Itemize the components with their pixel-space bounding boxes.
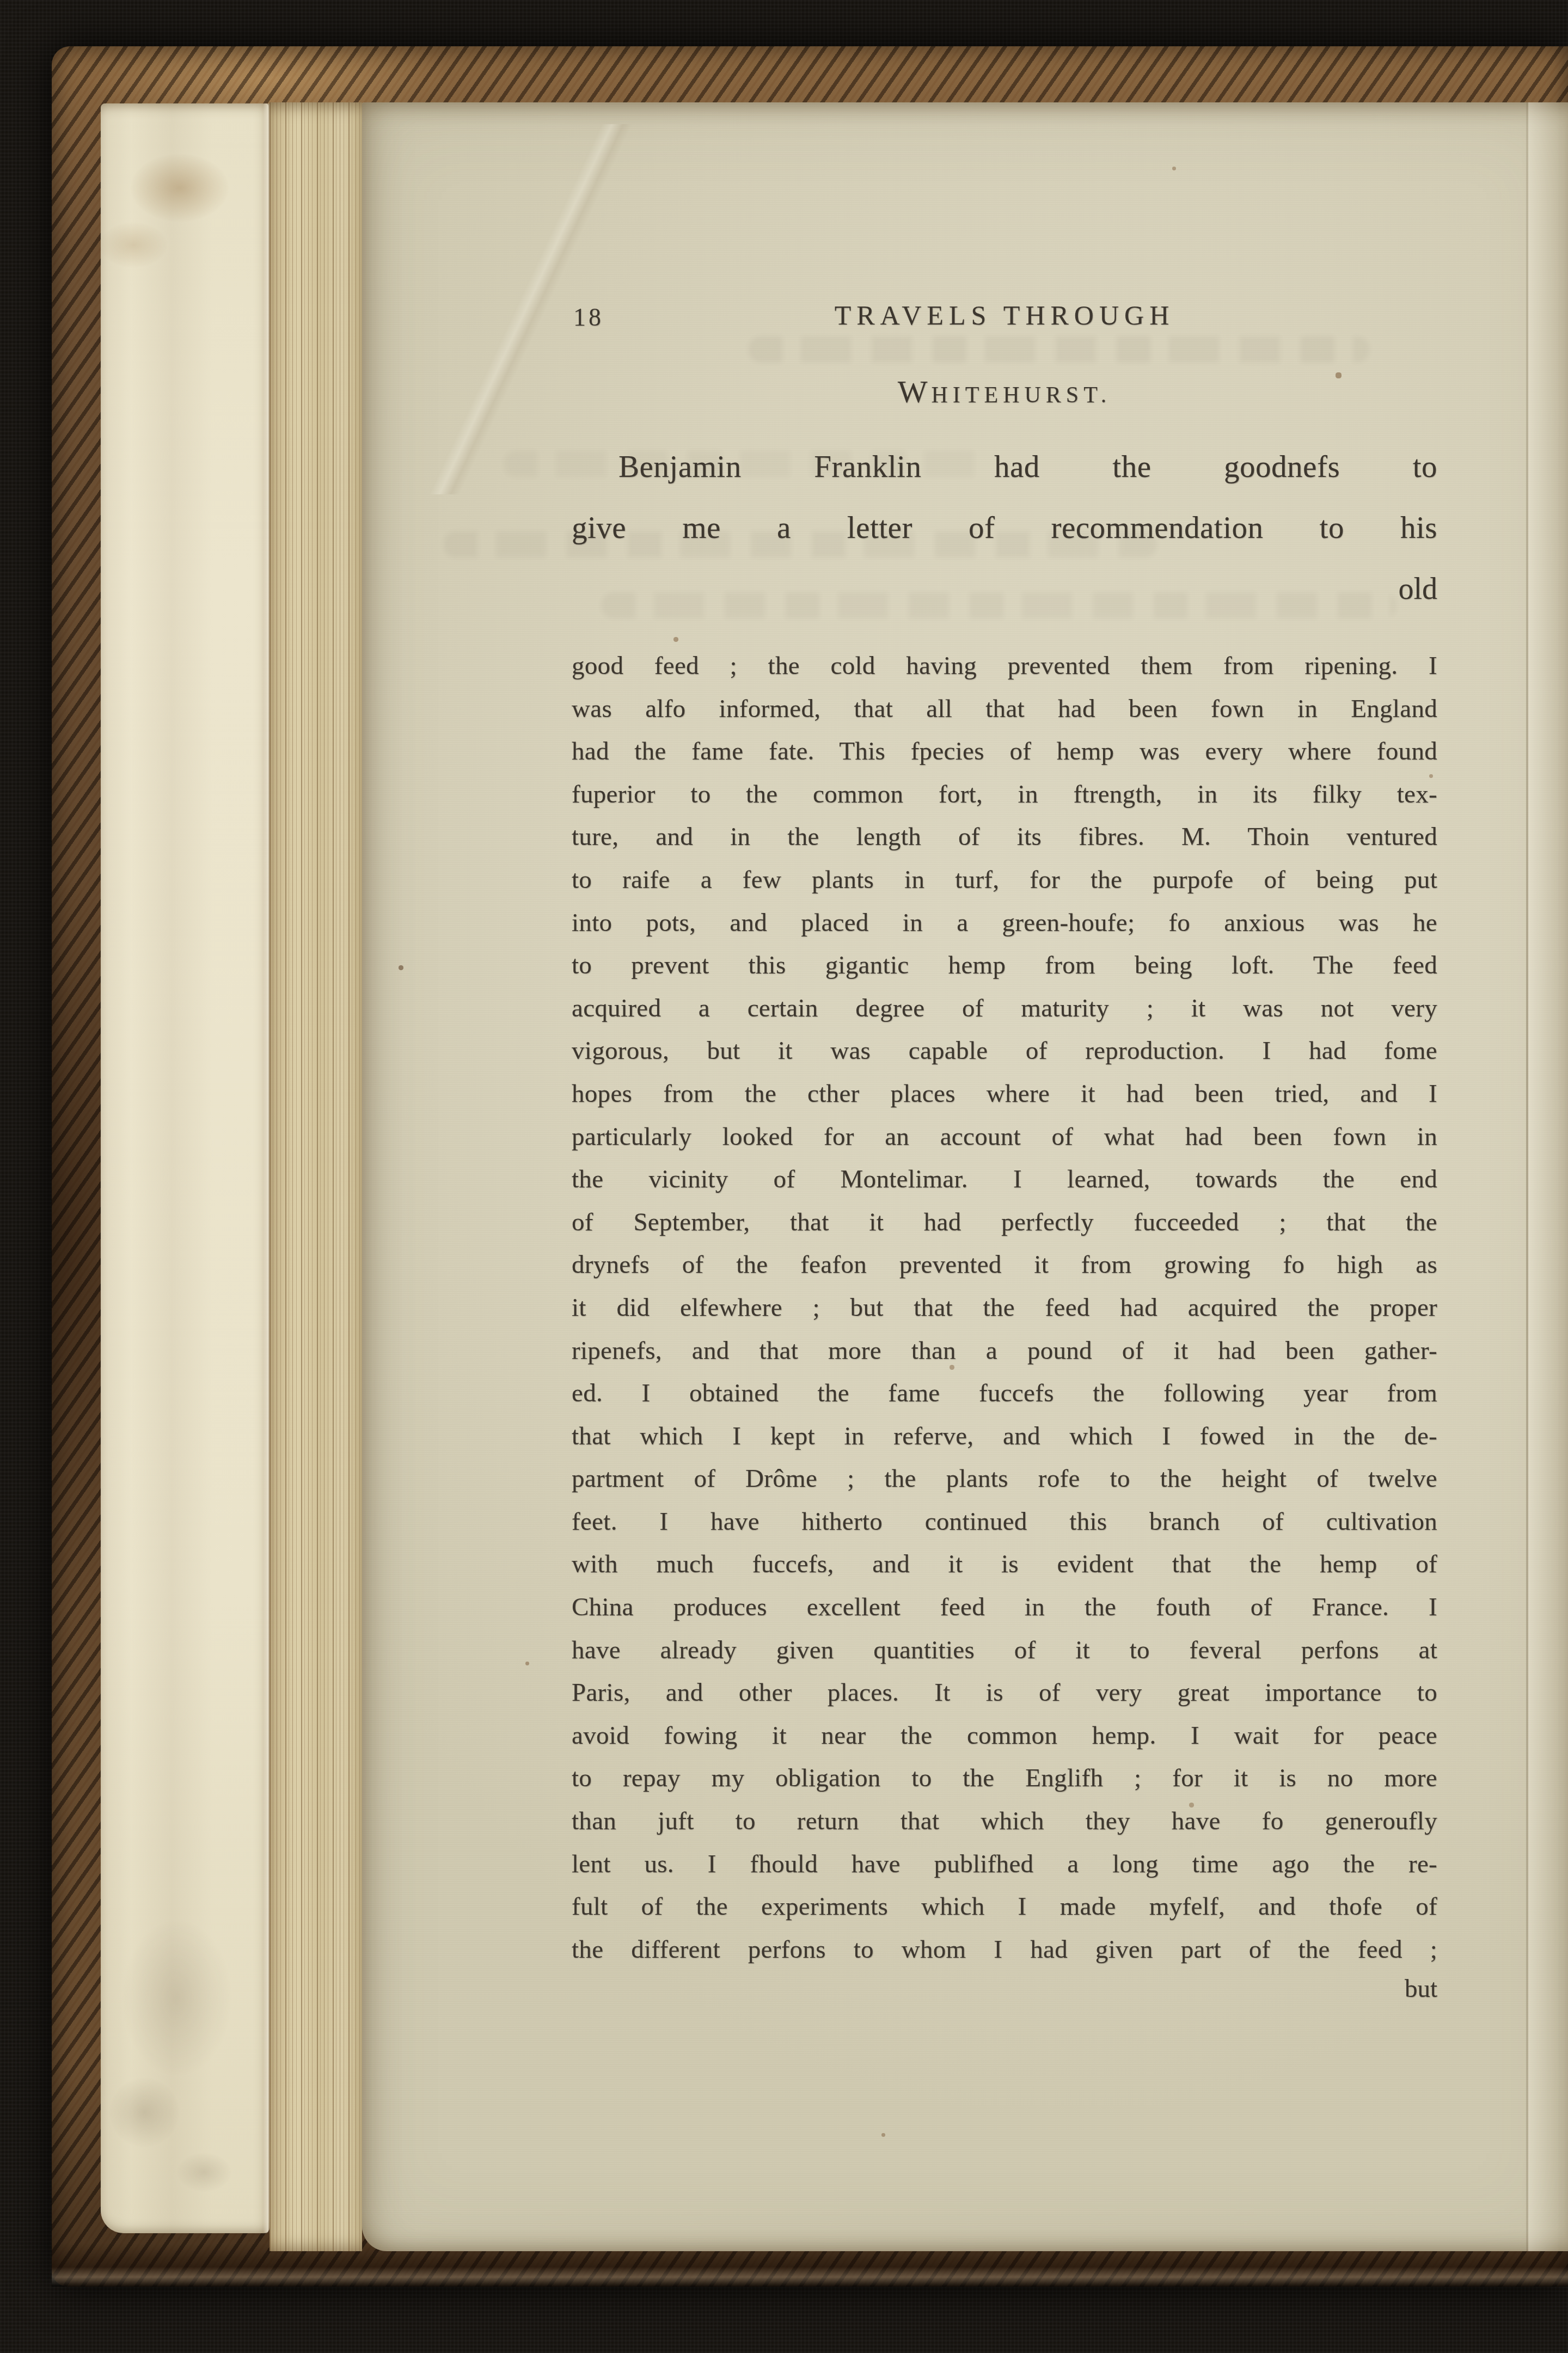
body-line: ed. I obtained the fame fuccefs the foll… (572, 1372, 1437, 1415)
catchword: but (572, 1974, 1437, 2003)
body-text: good feed ; the cold having prevented th… (572, 645, 1437, 1971)
body-line: than juft to return that which they have… (572, 1800, 1437, 1843)
body-line: avoid fowing it near the common hemp. I … (572, 1714, 1437, 1757)
section-heading: WHITEHURST. (572, 373, 1437, 410)
body-line: into pots, and placed in a green-houfe; … (572, 902, 1437, 945)
body-line: with much fuccefs, and it is evident tha… (572, 1543, 1437, 1586)
book-photo: { "book_page": { "page_number": "18", "r… (0, 0, 1568, 2353)
body-line: to prevent this gigantic hemp from being… (572, 944, 1437, 987)
body-line: China produces excellent feed in the fou… (572, 1586, 1437, 1629)
body-line: partment of Drôme ; the plants rofe to t… (572, 1457, 1437, 1500)
foxing-specks (362, 102, 364, 104)
running-header: TRAVELS THROUGH (572, 299, 1437, 331)
body-line: hopes from the cther places where it had… (572, 1073, 1437, 1116)
body-line: particularly looked for an account of wh… (572, 1116, 1437, 1159)
body-line: the vicinity of Montelimar. I learned, t… (572, 1158, 1437, 1201)
body-line: of September, that it had perfectly fucc… (572, 1201, 1437, 1244)
body-line: ture, and in the length of its fibres. M… (572, 816, 1437, 859)
body-line: vigorous, but it was capable of reproduc… (572, 1030, 1437, 1073)
intro-line: give me a letter of recommendation to hi… (572, 498, 1437, 559)
body-line: that which I kept in referve, and which … (572, 1415, 1437, 1458)
body-line: ripenefs, and that more than a pound of … (572, 1329, 1437, 1372)
body-line: drynefs of the feafon prevented it from … (572, 1243, 1437, 1286)
body-line: fult of the experiments which I made myf… (572, 1885, 1437, 1928)
body-line: had the fame fate. This fpecies of hemp … (572, 730, 1437, 773)
body-line: good feed ; the cold having prevented th… (572, 645, 1437, 688)
body-line: was alfo informed, that all that had bee… (572, 688, 1437, 731)
body-line: feet. I have hitherto continued this bra… (572, 1500, 1437, 1543)
body-line: lent us. I fhould have publifhed a long … (572, 1843, 1437, 1886)
body-line: to raife a few plants in turf, for the p… (572, 859, 1437, 902)
body-line: the different perfons to whom I had give… (572, 1928, 1437, 1971)
intro-catchword: old (572, 559, 1437, 620)
book-page: 18 TRAVELS THROUGH WHITEHURST. Benjamin … (362, 102, 1568, 2251)
page-fold-line (1526, 102, 1528, 2251)
body-line: Paris, and other places. It is of very g… (572, 1671, 1437, 1714)
bleed-through-ghost (749, 336, 1369, 363)
body-line: have already given quantities of it to f… (572, 1629, 1437, 1672)
body-line: to repay my obligation to the Englifh ; … (572, 1757, 1437, 1800)
flyleaf-page-edge (101, 103, 269, 2233)
page-fold-band (1528, 102, 1568, 2251)
intro-paragraph: Benjamin Franklin had the goodnefs to gi… (572, 437, 1437, 620)
body-line: acquired a certain degree of maturity ; … (572, 987, 1437, 1030)
page-edge-stack (269, 102, 362, 2251)
body-line: it did elfewhere ; but that the feed had… (572, 1286, 1437, 1329)
intro-line: Benjamin Franklin had the goodnefs to (572, 437, 1437, 498)
body-line: fuperior to the common fort, in ftrength… (572, 773, 1437, 816)
